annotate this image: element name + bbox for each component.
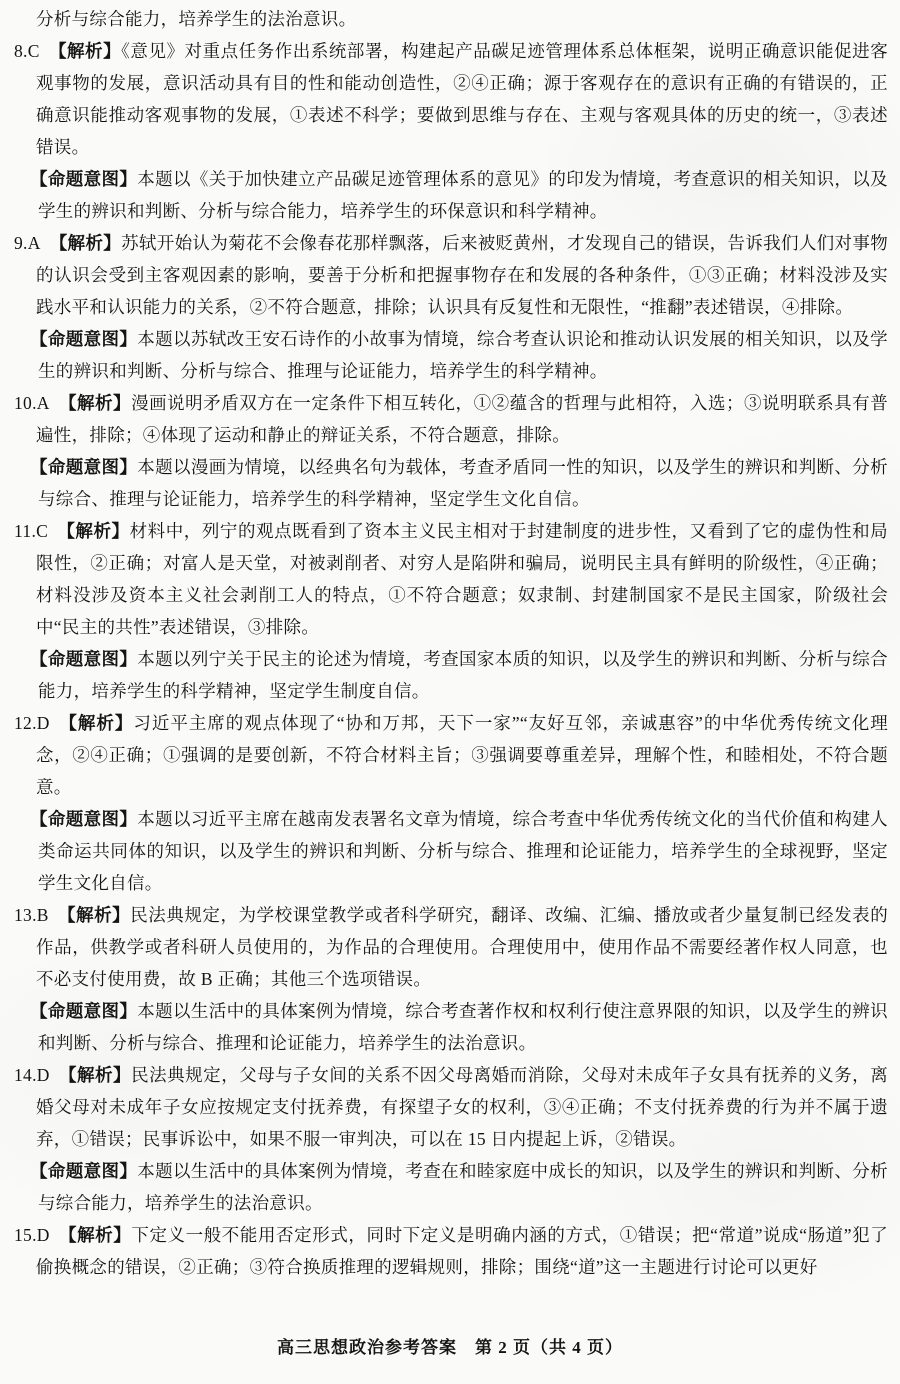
question-number: 11.C (14, 521, 48, 541)
analysis-text: 材料中，列宁的观点既看到了资本主义民主相对于封建制度的进步性，又看到了它的虚伪性… (36, 521, 888, 637)
analysis-text: 漫画说明矛盾双方在一定条件下相互转化，①②蕴含的哲理与此相符，入选；③说明联系具… (36, 393, 888, 445)
analysis-text: 《意见》对重点任务作出系统部署，构建起产品碳足迹管理体系总体框架，说明正确意识能… (36, 41, 888, 157)
intent-paragraph: 【命题意图】本题以生活中的具体案例为情境，考查在和睦家庭中成长的知识，以及学生的… (38, 1155, 888, 1219)
analysis-tag: 【解析】 (58, 905, 130, 925)
question-number: 13.B (14, 905, 49, 925)
analysis-paragraph: 11.C【解析】材料中，列宁的观点既看到了资本主义民主相对于封建制度的进步性，又… (36, 515, 888, 643)
analysis-paragraph: 10.A【解析】漫画说明矛盾双方在一定条件下相互转化，①②蕴含的哲理与此相符，入… (36, 387, 888, 451)
answer-item-8: 8.C【解析】《意见》对重点任务作出系统部署，构建起产品碳足迹管理体系总体框架，… (14, 35, 888, 227)
intent-text: 本题以生活中的具体案例为情境，综合考查著作权和权利行使注意界限的知识，以及学生的… (38, 1001, 888, 1053)
answer-item-13: 13.B【解析】民法典规定，为学校课堂教学或者科学研究，翻译、改编、汇编、播放或… (14, 899, 888, 1059)
intent-tag: 【命题意图】 (30, 329, 137, 349)
answer-item-10: 10.A【解析】漫画说明矛盾双方在一定条件下相互转化，①②蕴含的哲理与此相符，入… (14, 387, 888, 515)
answers-content: 分析与综合能力，培养学生的法治意识。 8.C【解析】《意见》对重点任务作出系统部… (14, 3, 888, 1283)
analysis-paragraph: 12.D【解析】习近平主席的观点体现了“协和万邦，天下一家”“友好互邻，亲诚惠容… (36, 707, 888, 803)
analysis-paragraph: 9.A【解析】苏轼开始认为菊花不会像春花那样飘落，后来被贬黄州，才发现自己的错误… (36, 227, 888, 323)
analysis-tag: 【解析】 (50, 233, 121, 253)
analysis-tag: 【解析】 (49, 41, 121, 61)
intent-paragraph: 【命题意图】本题以生活中的具体案例为情境，综合考查著作权和权利行使注意界限的知识… (38, 995, 888, 1059)
continuation-text: 分析与综合能力，培养学生的法治意识。 (36, 9, 356, 29)
answer-item-15: 15.D【解析】下定义一般不能用否定形式，同时下定义是明确内涵的方式，①错误；把… (14, 1219, 888, 1283)
question-number: 15.D (14, 1225, 50, 1245)
analysis-tag: 【解析】 (59, 393, 131, 413)
intent-tag: 【命题意图】 (30, 809, 137, 829)
intent-text: 本题以生活中的具体案例为情境，考查在和睦家庭中成长的知识，以及学生的辨识和判断、… (38, 1161, 888, 1213)
intent-tag: 【命题意图】 (30, 1161, 137, 1181)
answer-item-11: 11.C【解析】材料中，列宁的观点既看到了资本主义民主相对于封建制度的进步性，又… (14, 515, 888, 707)
continuation-paragraph: 分析与综合能力，培养学生的法治意识。 (36, 3, 888, 35)
answer-item-9: 9.A【解析】苏轼开始认为菊花不会像春花那样飘落，后来被贬黄州，才发现自己的错误… (14, 227, 888, 387)
analysis-paragraph: 8.C【解析】《意见》对重点任务作出系统部署，构建起产品碳足迹管理体系总体框架，… (36, 35, 888, 163)
analysis-text: 苏轼开始认为菊花不会像春花那样飘落，后来被贬黄州，才发现自己的错误，告诉我们人们… (36, 233, 888, 317)
analysis-text: 民法典规定，父母与子女间的关系不因父母离婚而消除，父母对未成年子女具有抚养的义务… (36, 1065, 888, 1149)
analysis-text: 民法典规定，为学校课堂教学或者科学研究，翻译、改编、汇编、播放或者少量复制已经发… (36, 905, 888, 989)
intent-paragraph: 【命题意图】本题以列宁关于民主的论述为情境，考查国家本质的知识，以及学生的辨识和… (38, 643, 888, 707)
intent-text: 本题以习近平主席在越南发表署名文章为情境，综合考查中华优秀传统文化的当代价值和构… (38, 809, 888, 893)
analysis-text: 下定义一般不能用否定形式，同时下定义是明确内涵的方式，①错误；把“常道”说成“肠… (36, 1225, 888, 1277)
intent-text: 本题以《关于加快建立产品碳足迹管理体系的意见》的印发为情境，考查意识的相关知识，… (38, 169, 888, 221)
answer-item-14: 14.D【解析】民法典规定，父母与子女间的关系不因父母离婚而消除，父母对未成年子… (14, 1059, 888, 1219)
question-number: 10.A (14, 393, 50, 413)
analysis-tag: 【解析】 (59, 1225, 132, 1245)
intent-text: 本题以列宁关于民主的论述为情境，考查国家本质的知识，以及学生的辨识和判断、分析与… (38, 649, 888, 701)
question-number: 14.D (14, 1065, 50, 1085)
question-number: 8.C (14, 41, 40, 61)
intent-paragraph: 【命题意图】本题以习近平主席在越南发表署名文章为情境，综合考查中华优秀传统文化的… (38, 803, 888, 899)
page-footer: 高三思想政治参考答案第 2 页（共 4 页） (0, 1333, 900, 1358)
intent-tag: 【命题意图】 (30, 649, 137, 669)
intent-tag: 【命题意图】 (30, 457, 137, 477)
intent-text: 本题以苏轼改王安石诗作的小故事为情境，综合考查认识论和推动认识发展的相关知识，以… (38, 329, 888, 381)
intent-tag: 【命题意图】 (30, 1001, 137, 1021)
footer-page-number: 第 2 页（共 4 页） (475, 1338, 623, 1357)
question-number: 9.A (14, 233, 41, 253)
analysis-paragraph: 15.D【解析】下定义一般不能用否定形式，同时下定义是明确内涵的方式，①错误；把… (36, 1219, 888, 1283)
question-number: 12.D (14, 713, 50, 733)
analysis-paragraph: 14.D【解析】民法典规定，父母与子女间的关系不因父母离婚而消除，父母对未成年子… (36, 1059, 888, 1155)
document-page: 分析与综合能力，培养学生的法治意识。 8.C【解析】《意见》对重点任务作出系统部… (0, 0, 900, 1384)
intent-tag: 【命题意图】 (30, 169, 137, 189)
intent-paragraph: 【命题意图】本题以苏轼改王安石诗作的小故事为情境，综合考查认识论和推动认识发展的… (38, 323, 888, 387)
analysis-tag: 【解析】 (59, 713, 134, 733)
analysis-tag: 【解析】 (59, 1065, 131, 1085)
footer-title: 高三思想政治参考答案 (277, 1338, 457, 1357)
intent-text: 本题以漫画为情境，以经典名句为载体，考查矛盾同一性的知识，以及学生的辨识和判断、… (38, 457, 888, 509)
answer-item-12: 12.D【解析】习近平主席的观点体现了“协和万邦，天下一家”“友好互邻，亲诚惠容… (14, 707, 888, 899)
intent-paragraph: 【命题意图】本题以《关于加快建立产品碳足迹管理体系的意见》的印发为情境，考查意识… (38, 163, 888, 227)
analysis-tag: 【解析】 (57, 521, 130, 541)
analysis-paragraph: 13.B【解析】民法典规定，为学校课堂教学或者科学研究，翻译、改编、汇编、播放或… (36, 899, 888, 995)
intent-paragraph: 【命题意图】本题以漫画为情境，以经典名句为载体，考查矛盾同一性的知识，以及学生的… (38, 451, 888, 515)
analysis-text: 习近平主席的观点体现了“协和万邦，天下一家”“友好互邻，亲诚惠容”的中华优秀传统… (36, 713, 888, 797)
